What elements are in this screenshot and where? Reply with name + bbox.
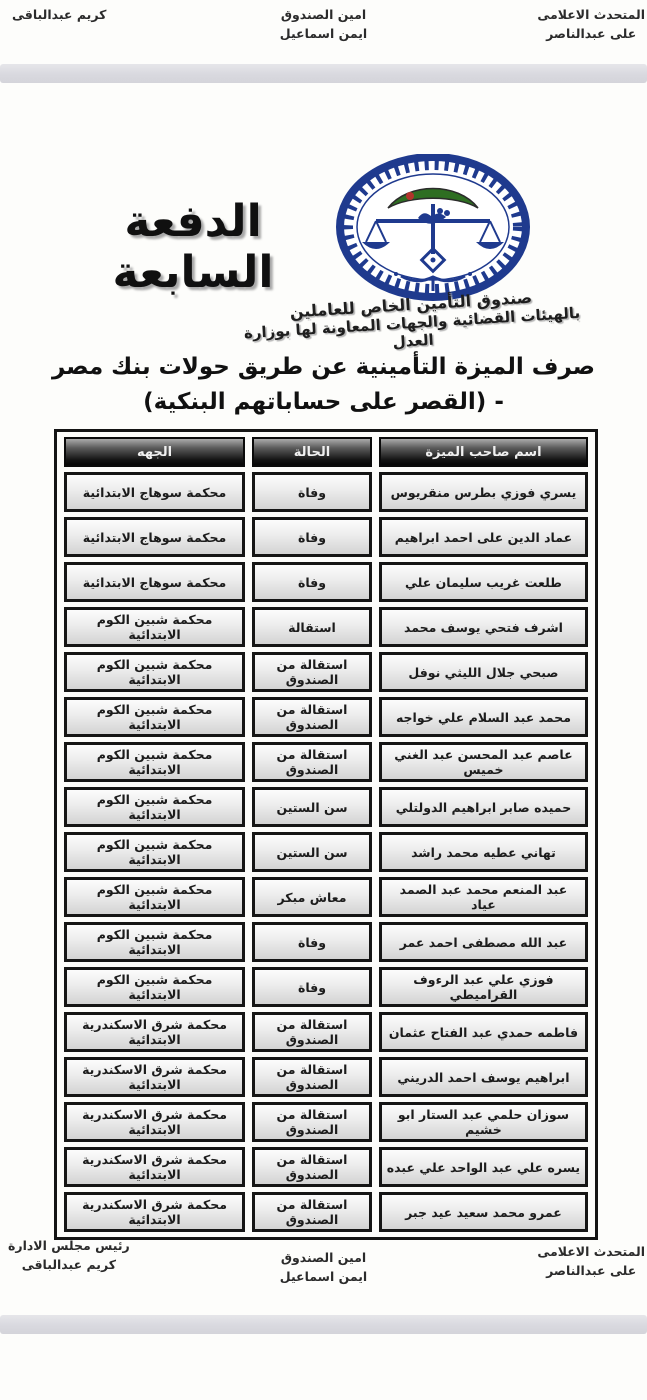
spokesman-name: على عبدالناصر [537, 1261, 645, 1280]
entity-cell: محكمة سوهاج الابتدائية [64, 517, 245, 557]
status-cell: وفاة [252, 472, 372, 512]
table-row: طلعت غريب سليمان علي وفاة محكمة سوهاج ال… [64, 562, 588, 602]
document-heading: صرف الميزة التأمينية عن طريق حولات بنك م… [0, 350, 647, 419]
status-cell: استقالة من الصندوق [252, 1102, 372, 1142]
table-row: اشرف فتحي يوسف محمد استقالة محكمة شبين ا… [64, 607, 588, 647]
entity-cell: محكمة شبين الكوم الابتدائية [64, 607, 245, 647]
table-row: عماد الدين على احمد ابراهيم وفاة محكمة س… [64, 517, 588, 557]
beneficiary-name-cell: عمرو محمد سعيد عيد جبر [379, 1192, 588, 1232]
treasurer-name: ايمن اسماعيل [280, 1267, 367, 1286]
benefits-table: اسم صاحب الميزة الحالة الجهه يسري فوزي ب… [57, 432, 595, 1237]
entity-cell: محكمة سوهاج الابتدائية [64, 472, 245, 512]
status-cell: استقالة من الصندوق [252, 1192, 372, 1232]
top-signature-spokesman: المتحدث الاعلامى على عبدالناصر [537, 5, 645, 44]
entity-cell: محكمة شبين الكوم الابتدائية [64, 877, 245, 917]
beneficiary-name-cell: اشرف فتحي يوسف محمد [379, 607, 588, 647]
status-cell: سن الستين [252, 832, 372, 872]
beneficiary-name-cell: فوزي علي عبد الرءوف القراميطي [379, 967, 588, 1007]
benefits-table-frame: اسم صاحب الميزة الحالة الجهه يسري فوزي ب… [54, 429, 598, 1240]
status-cell: استقالة من الصندوق [252, 742, 372, 782]
status-cell: استقالة [252, 607, 372, 647]
top-signature-chairman: كريم عبدالباقى [12, 5, 106, 24]
table-row: محمد عبد السلام علي خواجه استقالة من الص… [64, 697, 588, 737]
status-cell: استقالة من الصندوق [252, 1057, 372, 1097]
beneficiary-name-cell: ابراهيم يوسف احمد الدريني [379, 1057, 588, 1097]
heading-line1: صرف الميزة التأمينية عن طريق حولات بنك م… [0, 350, 647, 385]
chairman-name: كريم عبدالباقى [12, 5, 106, 24]
chairman-name: كريم عبدالباقى [8, 1255, 130, 1274]
bottom-signature-spokesman: المتحدث الاعلامى على عبدالناصر [537, 1242, 645, 1281]
entity-cell: محكمة شبين الكوم الابتدائية [64, 967, 245, 1007]
status-cell: وفاة [252, 922, 372, 962]
status-cell: استقالة من الصندوق [252, 697, 372, 737]
entity-cell: محكمة شبين الكوم الابتدائية [64, 787, 245, 827]
table-header-row: اسم صاحب الميزة الحالة الجهه [64, 437, 588, 467]
entity-cell: محكمة شرق الاسكندرية الابتدائية [64, 1147, 245, 1187]
status-cell: استقالة من الصندوق [252, 652, 372, 692]
column-header-entity: الجهه [64, 437, 245, 467]
entity-cell: محكمة شبين الكوم الابتدائية [64, 652, 245, 692]
status-cell: استقالة من الصندوق [252, 1012, 372, 1052]
heading-line2: - (القصر على حساباتهم البنكية) [0, 385, 647, 420]
justice-fund-emblem [336, 154, 530, 304]
beneficiary-name-cell: تهاني عطيه محمد راشد [379, 832, 588, 872]
table-row: سوزان حلمي عبد الستار ابو خشيم استقالة م… [64, 1102, 588, 1142]
status-cell: وفاة [252, 562, 372, 602]
beneficiary-name-cell: عماد الدين على احمد ابراهيم [379, 517, 588, 557]
table-row: فاطمه حمدي عبد الفتاح عثمان استقالة من ا… [64, 1012, 588, 1052]
status-cell: سن الستين [252, 787, 372, 827]
table-row: عبد الله مصطفى احمد عمر وفاة محكمة شبين … [64, 922, 588, 962]
beneficiary-name-cell: حميده صابر ابراهيم الدولتلي [379, 787, 588, 827]
table-row: عاصم عبد المحسن عبد الغني خميس استقالة م… [64, 742, 588, 782]
scales-of-justice-icon [336, 154, 530, 304]
table-row: حميده صابر ابراهيم الدولتلي سن الستين مح… [64, 787, 588, 827]
entity-cell: محكمة شرق الاسكندرية الابتدائية [64, 1012, 245, 1052]
treasurer-title: امين الصندوق [280, 5, 367, 24]
table-row: فوزي علي عبد الرءوف القراميطي وفاة محكمة… [64, 967, 588, 1007]
status-cell: استقالة من الصندوق [252, 1147, 372, 1187]
spokesman-name: على عبدالناصر [537, 24, 645, 43]
beneficiary-name-cell: يسره علي عبد الواحد علي عبده [379, 1147, 588, 1187]
status-cell: وفاة [252, 517, 372, 557]
beneficiary-name-cell: عاصم عبد المحسن عبد الغني خميس [379, 742, 588, 782]
entity-cell: محكمة شرق الاسكندرية الابتدائية [64, 1057, 245, 1097]
batch-title: الدفعة السابعة [48, 196, 338, 298]
top-signature-treasurer: امين الصندوق ايمن اسماعيل [280, 5, 367, 44]
beneficiary-name-cell: محمد عبد السلام علي خواجه [379, 697, 588, 737]
entity-cell: محكمة شبين الكوم الابتدائية [64, 742, 245, 782]
table-row: تهاني عطيه محمد راشد سن الستين محكمة شبي… [64, 832, 588, 872]
beneficiary-name-cell: فاطمه حمدي عبد الفتاح عثمان [379, 1012, 588, 1052]
entity-cell: محكمة شبين الكوم الابتدائية [64, 922, 245, 962]
table-row: عبد المنعم محمد عبد الصمد عياد معاش مبكر… [64, 877, 588, 917]
spokesman-title: المتحدث الاعلامى [537, 1242, 645, 1261]
beneficiary-name-cell: صبحي جلال الليثي نوفل [379, 652, 588, 692]
entity-cell: محكمة شرق الاسكندرية الابتدائية [64, 1102, 245, 1142]
beneficiary-name-cell: يسري فوزي بطرس منقريوس [379, 472, 588, 512]
treasurer-title: امين الصندوق [280, 1248, 367, 1267]
beneficiary-name-cell: طلعت غريب سليمان علي [379, 562, 588, 602]
table-row: عمرو محمد سعيد عيد جبر استقالة من الصندو… [64, 1192, 588, 1232]
beneficiary-name-cell: عبد الله مصطفى احمد عمر [379, 922, 588, 962]
spokesman-title: المتحدث الاعلامى [537, 5, 645, 24]
bottom-signature-chairman: رئيس مجلس الادارة كريم عبدالباقى [8, 1236, 130, 1275]
status-cell: معاش مبكر [252, 877, 372, 917]
entity-cell: محكمة شرق الاسكندرية الابتدائية [64, 1192, 245, 1232]
benefits-table-body: يسري فوزي بطرس منقريوس وفاة محكمة سوهاج … [64, 472, 588, 1232]
entity-cell: محكمة شبين الكوم الابتدائية [64, 697, 245, 737]
table-row: يسره علي عبد الواحد علي عبده استقالة من … [64, 1147, 588, 1187]
column-header-status: الحالة [252, 437, 372, 467]
bottom-signature-treasurer: امين الصندوق ايمن اسماعيل [280, 1248, 367, 1287]
column-header-beneficiary-name: اسم صاحب الميزة [379, 437, 588, 467]
beneficiary-name-cell: سوزان حلمي عبد الستار ابو خشيم [379, 1102, 588, 1142]
chairman-title: رئيس مجلس الادارة [8, 1236, 130, 1255]
top-separator-bar [0, 64, 647, 83]
bottom-separator-bar [0, 1315, 647, 1334]
table-row: صبحي جلال الليثي نوفل استقالة من الصندوق… [64, 652, 588, 692]
status-cell: وفاة [252, 967, 372, 1007]
entity-cell: محكمة شبين الكوم الابتدائية [64, 832, 245, 872]
table-row: ابراهيم يوسف احمد الدريني استقالة من الص… [64, 1057, 588, 1097]
entity-cell: محكمة سوهاج الابتدائية [64, 562, 245, 602]
scanned-document-page: المتحدث الاعلامى على عبدالناصر امين الصن… [0, 0, 647, 1400]
table-row: يسري فوزي بطرس منقريوس وفاة محكمة سوهاج … [64, 472, 588, 512]
treasurer-name: ايمن اسماعيل [280, 24, 367, 43]
beneficiary-name-cell: عبد المنعم محمد عبد الصمد عياد [379, 877, 588, 917]
